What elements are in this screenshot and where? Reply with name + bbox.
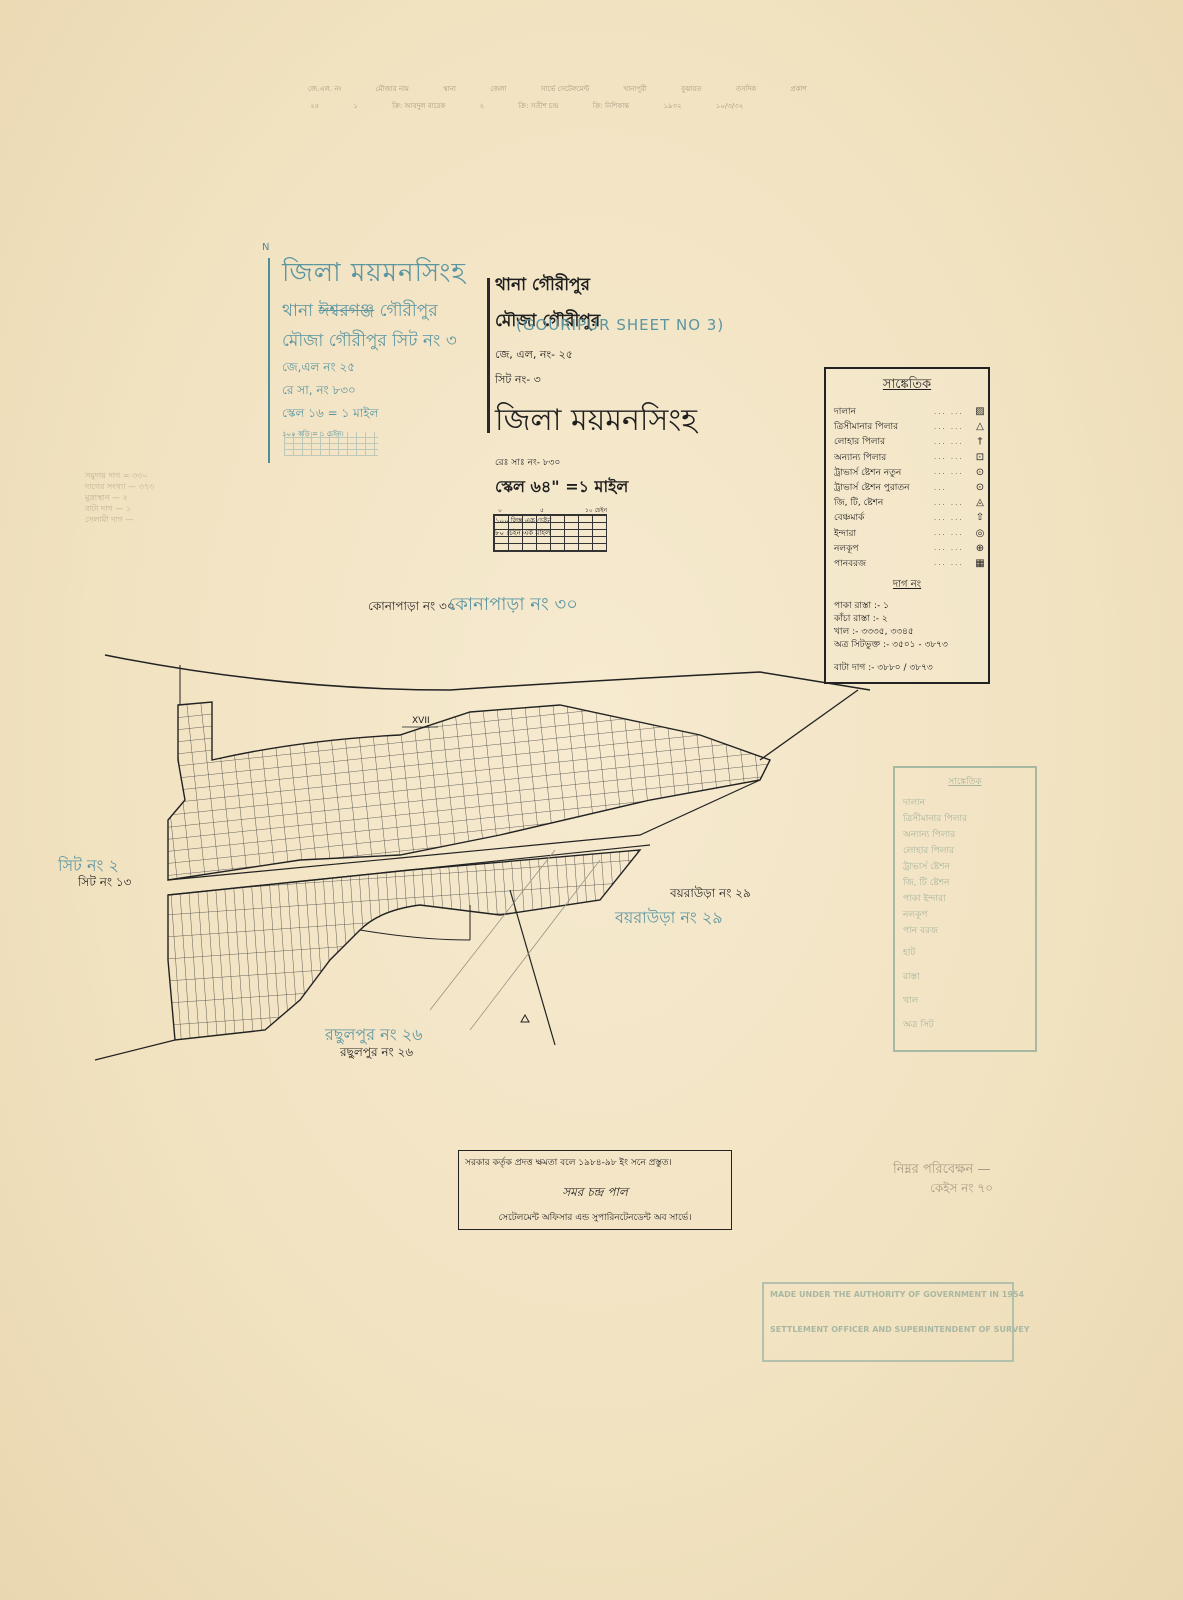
sheet-label-west: সিট নং ১৩ [78,874,131,894]
neighbor-label-konapara-blue: কোনাপাড়া নং ৩০ [448,590,578,621]
right-note-2: কেইস নং ৭০ [930,1180,993,1200]
certification-text: সরকার কর্তৃক প্রদত্ত ক্ষমতা বলে ১৯৮৪-৯৮ … [459,1151,731,1174]
neighbor-label-boyraura-blue: বয়রাউড়া নং ২৯ [615,905,723,932]
neighbor-label-konapara: কোনাপাড়া নং ৩০ [368,598,455,618]
government-stamp: MADE UNDER THE AUTHORITY OF GOVERNMENT I… [762,1282,1014,1362]
stamp-line-1: MADE UNDER THE AUTHORITY OF GOVERNMENT I… [764,1284,1012,1305]
neighbor-label-boyraura: বয়রাউড়া নং ২৯ [670,885,751,905]
officer-signature: সমর চন্দ্র পাল [459,1184,731,1204]
right-note-1: নিম্নর পরিবেক্ষন — [893,1160,991,1181]
stamp-line-2: SETTLEMENT OFFICER AND SUPERINTENDENT OF… [764,1325,1012,1334]
neighbor-label-rasulpur: রছুলপুর নং ২৬ [340,1044,413,1064]
officer-title: সেটেলমেন্ট অফিসার এন্ড সুপারিনটেনডেন্ট অ… [459,1210,731,1225]
certification-box: সরকার কর্তৃক প্রদত্ত ক্ষমতা বলে ১৯৮৪-৯৮ … [458,1150,732,1230]
